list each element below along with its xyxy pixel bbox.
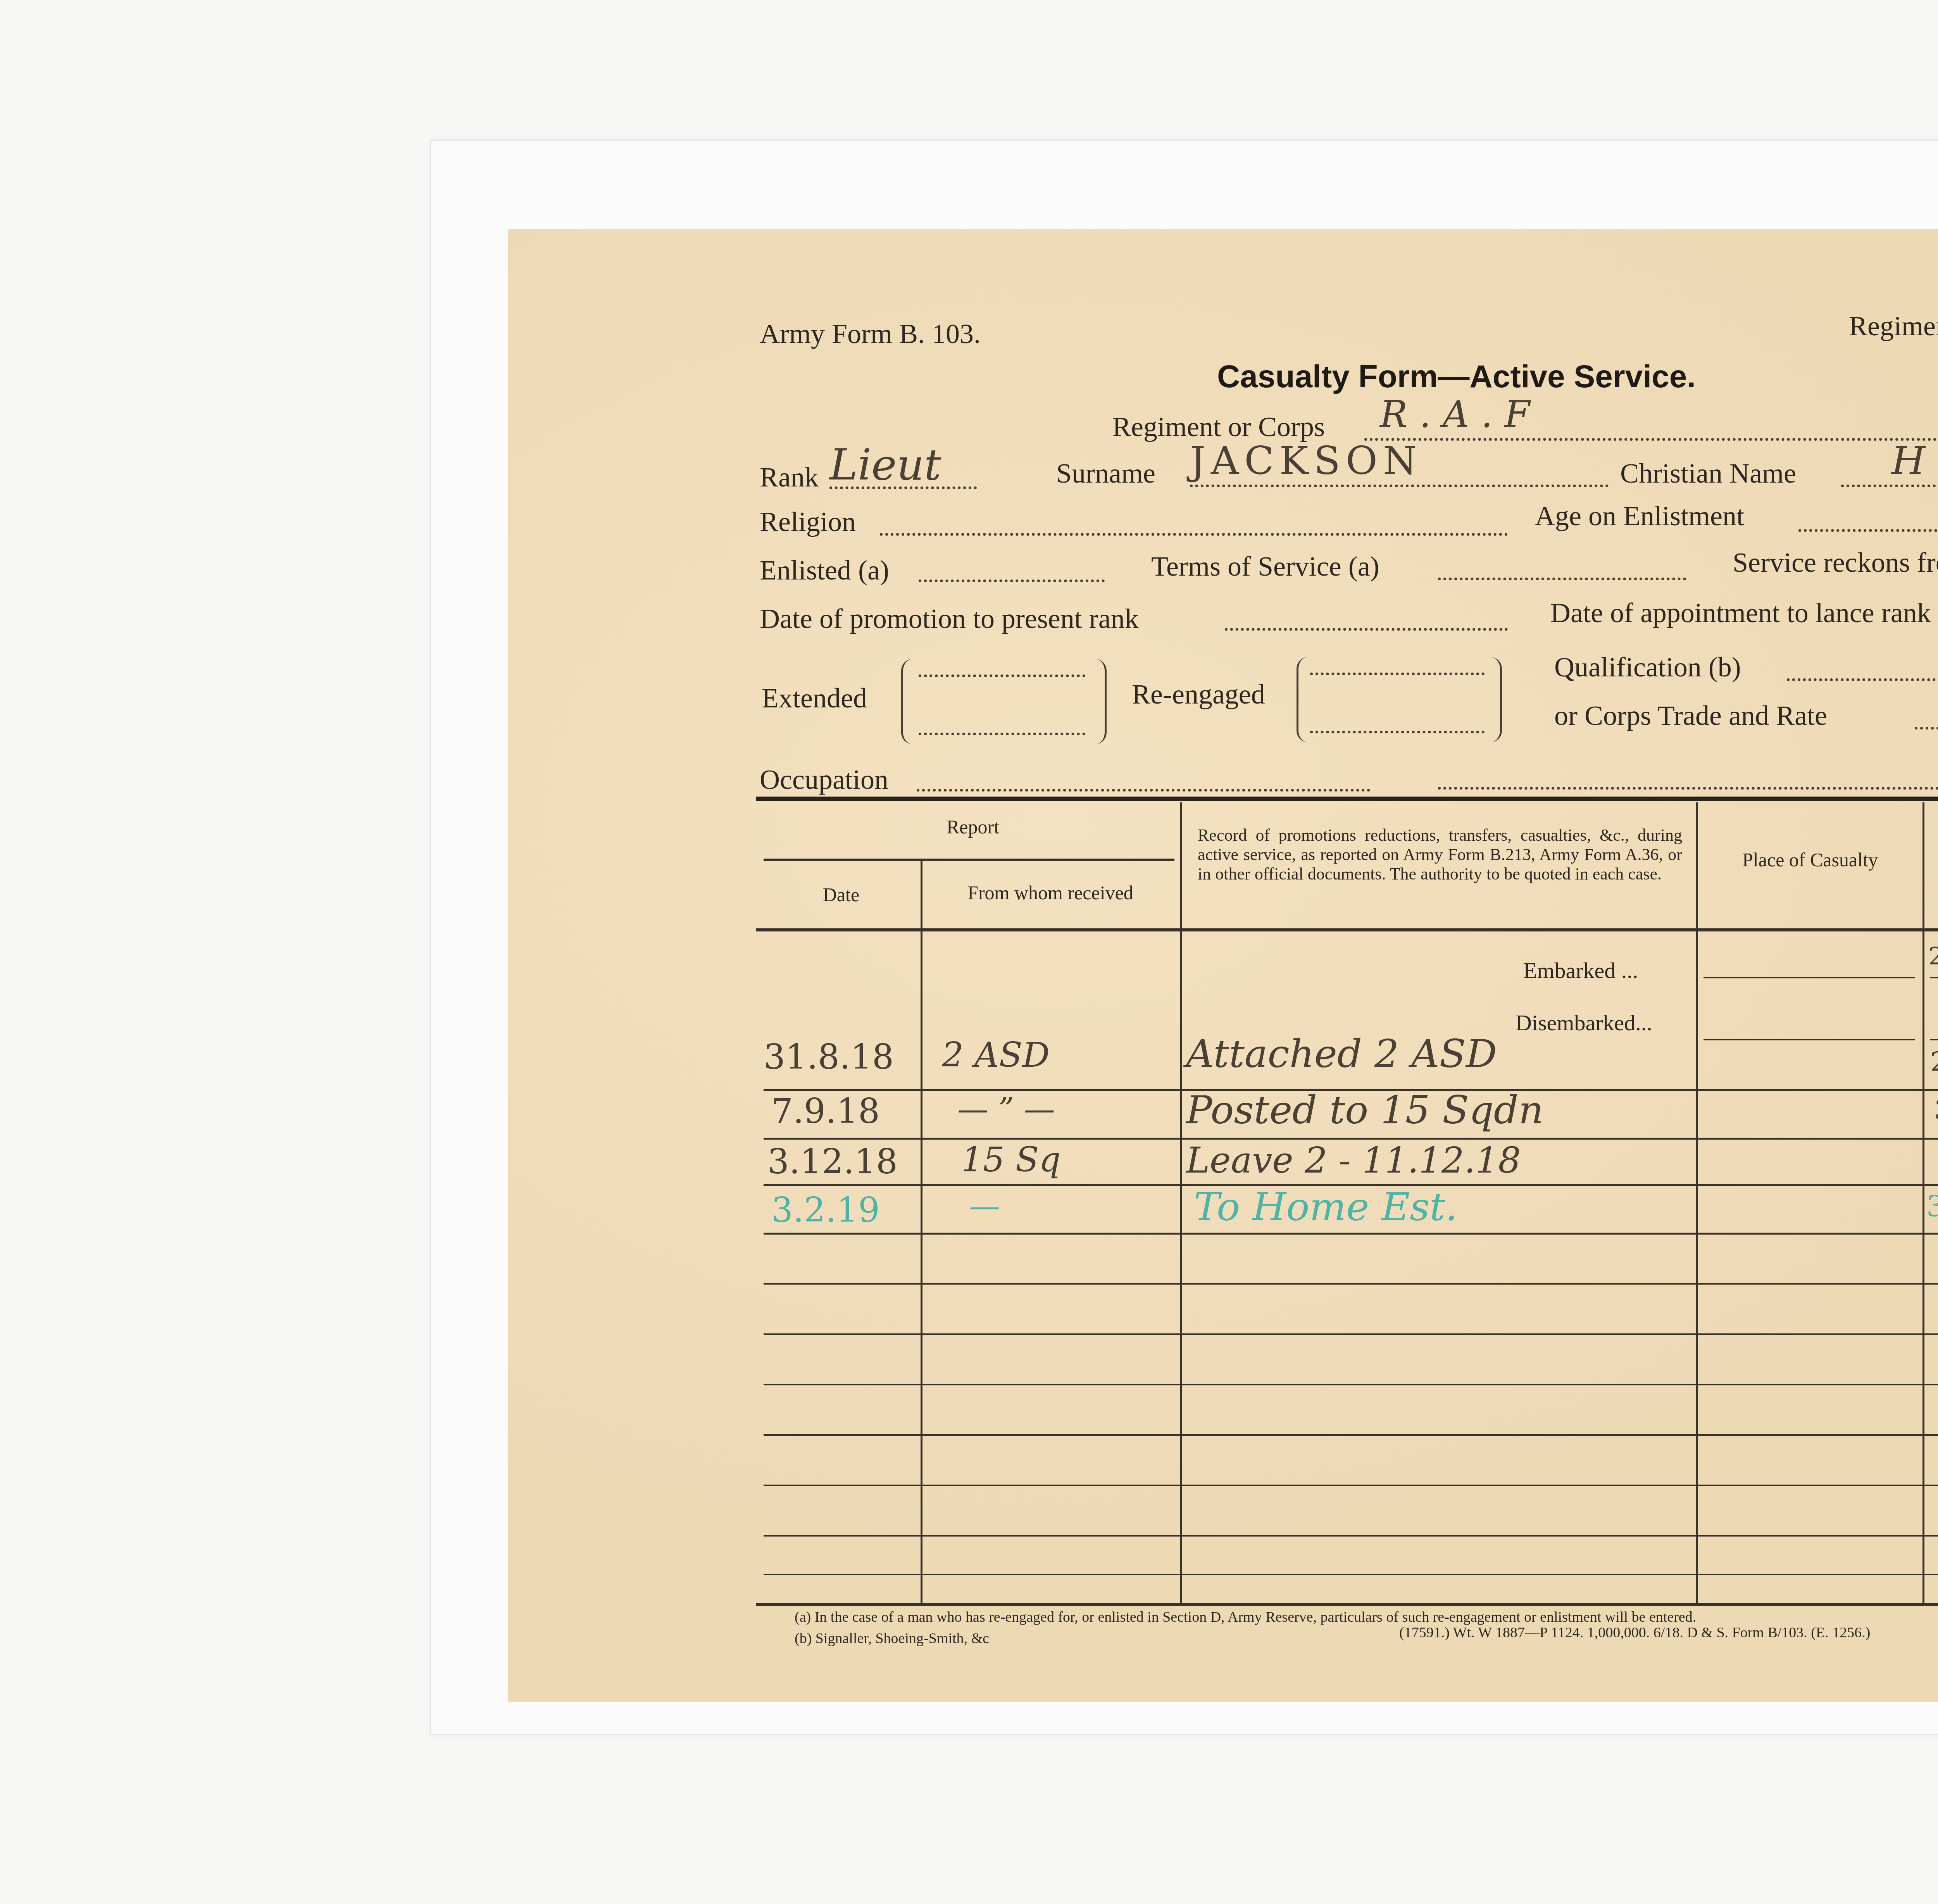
col-divider-date <box>921 859 922 1603</box>
header-from-whom: From whom received <box>924 882 1176 904</box>
empty-row-rule <box>764 1535 1938 1537</box>
terms-label: Terms of Service (a) <box>1151 550 1379 583</box>
corps-trade-label: or Corps Trade and Rate <box>1554 700 1827 732</box>
disembarked-label: Disembarked... <box>1516 1010 1652 1036</box>
service-reckons-label: Service reckons from (a) <box>1733 547 1938 579</box>
age-label: Age on Enlistment <box>1535 500 1744 532</box>
row-2-from: — ” — <box>957 1091 1055 1127</box>
header-report: Report <box>895 816 1050 838</box>
row-4-date-casualty: 3.2.19 <box>1926 1190 1938 1223</box>
empty-row-rule <box>764 1283 1938 1285</box>
row-1-from: 2 ASD <box>942 1035 1050 1075</box>
header-record: Record of promotions reductions, transfe… <box>1198 826 1682 884</box>
extended-bracket <box>901 659 1107 744</box>
printer-imprint: (17591.) Wt. W 1887—P 1124. 1,000,000. 6… <box>1399 1624 1870 1641</box>
promotion-label: Date of promotion to present rank <box>760 603 1139 635</box>
empty-row-rule <box>764 1384 1938 1385</box>
col-divider-record <box>1696 802 1698 1603</box>
regimental-number-text: Regimental Number <box>1849 310 1938 341</box>
corps-trade-field <box>1915 727 1938 730</box>
signature-field <box>1438 787 1938 790</box>
header-date: Date <box>764 884 919 905</box>
surname-value: JACKSON <box>1190 438 1422 483</box>
occupation-field <box>917 789 1370 792</box>
christian-name-label: Christian Name <box>1620 457 1796 490</box>
surname-field <box>1190 485 1609 487</box>
promotion-field <box>1225 628 1508 631</box>
extended-field-top <box>919 674 1085 677</box>
embarked-place-line <box>1704 977 1915 978</box>
col-divider-place <box>1922 802 1924 1603</box>
embarked-date-line <box>1930 977 1938 978</box>
header-place: Place of Casualty <box>1702 849 1919 871</box>
enlisted-field <box>919 579 1105 582</box>
embarked-label: Embarked ... <box>1523 957 1638 983</box>
regiment-field <box>1364 438 1938 441</box>
embarked-date-value: 28.5.18 <box>1928 942 1938 970</box>
row-4-from: — <box>969 1188 1000 1224</box>
empty-row-rule <box>764 1333 1938 1335</box>
christian-name-field <box>1841 485 1938 487</box>
casualty-form-document: Army Form B. 103. Regimental Number Casu… <box>508 229 1938 1702</box>
footnote-a: (a) In the case of a man who has re-enga… <box>795 1609 1696 1626</box>
empty-row-rule <box>764 1574 1938 1575</box>
disembarked-place-line <box>1704 1039 1915 1040</box>
empty-row-rule <box>764 1485 1938 1486</box>
occupation-label: Occupation <box>760 764 888 796</box>
row-3-date: 3.12.18 <box>767 1142 898 1181</box>
rank-label: Rank <box>760 461 819 493</box>
lance-rank-label: Date of appointment to lance rank <box>1550 597 1931 629</box>
age-years-field <box>1798 529 1938 532</box>
row-4-rule <box>764 1233 1938 1235</box>
row-4-date: 3.2.19 <box>771 1190 880 1230</box>
qualification-label: Qualification (b) <box>1554 651 1741 683</box>
row-3-record: Leave 2 - 11.12.18 <box>1186 1140 1521 1181</box>
enlisted-label: Enlisted (a) <box>760 554 889 586</box>
form-title: Casualty Form—Active Service. <box>1217 359 1696 395</box>
row-1-record: Attached 2 ASD <box>1186 1031 1497 1076</box>
row-4-record: To Home Est. <box>1194 1184 1457 1230</box>
header-bottom-rule <box>756 928 1938 931</box>
qualification-field <box>1787 678 1938 681</box>
row-2-date: 7.9.18 <box>771 1091 880 1131</box>
religion-label: Religion <box>760 506 856 538</box>
terms-field <box>1438 578 1686 580</box>
form-number: Army Form B. 103. <box>760 318 981 350</box>
empty-row-rule <box>764 1434 1938 1436</box>
rank-value: Lieut <box>829 440 941 490</box>
surname-label: Surname <box>1056 457 1155 490</box>
report-divider <box>764 859 1174 861</box>
religion-field <box>880 533 1508 536</box>
row-3-from: 15 Sq <box>961 1140 1061 1180</box>
regiment-value: R . A . F <box>1380 393 1530 436</box>
reengaged-field-top <box>1310 673 1485 675</box>
row-2-date-casualty: 3.9.18 <box>1934 1095 1938 1126</box>
table-bottom-rule <box>756 1603 1938 1606</box>
row-2-record: Posted to 15 Sqdn <box>1186 1087 1543 1133</box>
rank-field <box>829 486 977 489</box>
header-date-casualty: Date of Casualty <box>1930 837 1938 881</box>
col-divider-from <box>1180 802 1182 1603</box>
row-1-date-casualty: 28.8.18 <box>1930 1047 1938 1077</box>
extended-field-bottom <box>919 733 1085 735</box>
extended-label: Extended <box>762 682 867 714</box>
table-top-rule <box>756 797 1938 801</box>
reengaged-bracket <box>1297 657 1502 742</box>
reengaged-label: Re-engaged <box>1132 678 1265 711</box>
regimental-number-label: Regimental Number <box>1849 310 1938 342</box>
reengaged-field-bottom <box>1310 731 1485 733</box>
row-1-date: 31.8.18 <box>764 1037 894 1077</box>
footnote-b: (b) Signaller, Shoeing-Smith, &c <box>795 1630 989 1647</box>
christian-name-initial-1: H <box>1891 438 1925 483</box>
disembarked-date-line <box>1930 1039 1938 1040</box>
